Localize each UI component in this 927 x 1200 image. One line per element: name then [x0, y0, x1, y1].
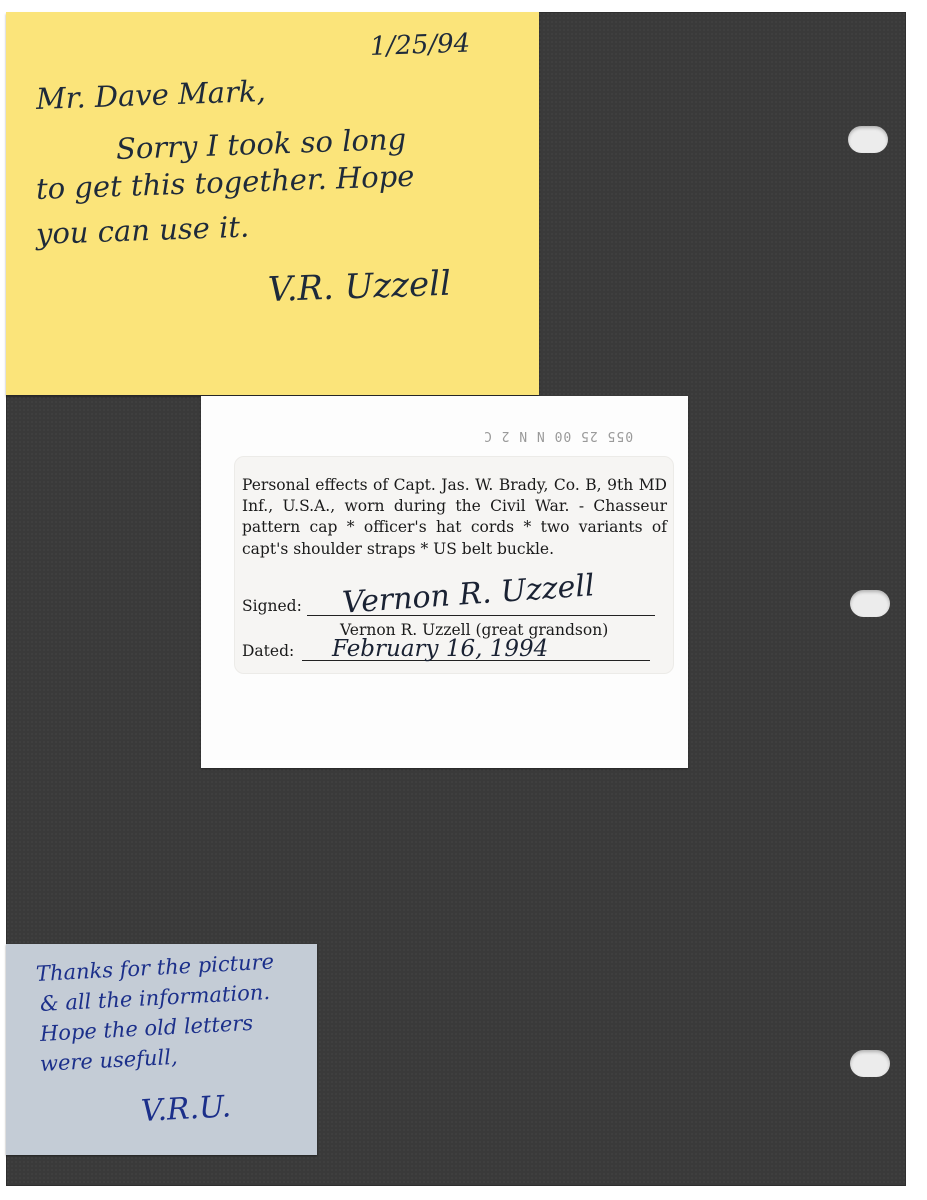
binder-hole [850, 590, 890, 617]
binder-hole [850, 1050, 890, 1077]
note-line: Thanks for the picture [35, 950, 274, 986]
note-signature: V.R.U. [140, 1089, 232, 1129]
handwritten-date: February 16, 1994 [332, 636, 548, 662]
stamp-mark: 055 25 00 N N 2 C [483, 428, 633, 443]
note-line: to get this together. Hope [35, 159, 415, 206]
handwritten-signature: Vernon R. Uzzell [341, 568, 596, 621]
note-line: you can use it. [35, 210, 249, 251]
yellow-sticky-note: 1/25/94 Mr. Dave Mark, Sorry I took so l… [6, 12, 539, 395]
dated-field: Dated: February 16, 1994 [242, 642, 294, 660]
signed-field: Signed: Vernon R. Uzzell [242, 597, 302, 615]
note-line: Sorry I took so long [115, 122, 406, 166]
blue-note-card: Thanks for the picture & all the informa… [6, 944, 317, 1155]
provenance-label: Personal effects of Capt. Jas. W. Brady,… [234, 456, 674, 674]
note-line: Hope the old letters [39, 1011, 253, 1046]
provenance-description: Personal effects of Capt. Jas. W. Brady,… [242, 475, 667, 560]
note-line: & all the information. [39, 980, 270, 1016]
note-signature: V.R. Uzzell [267, 264, 451, 310]
note-line: were usefull, [39, 1045, 178, 1076]
certificate-card: 055 25 00 N N 2 C Personal effects of Ca… [201, 396, 688, 768]
note-date: 1/25/94 [369, 29, 470, 62]
note-salutation: Mr. Dave Mark, [35, 74, 266, 116]
signed-label: Signed: [242, 597, 302, 615]
dated-label: Dated: [242, 642, 294, 660]
binder-hole [848, 126, 888, 153]
